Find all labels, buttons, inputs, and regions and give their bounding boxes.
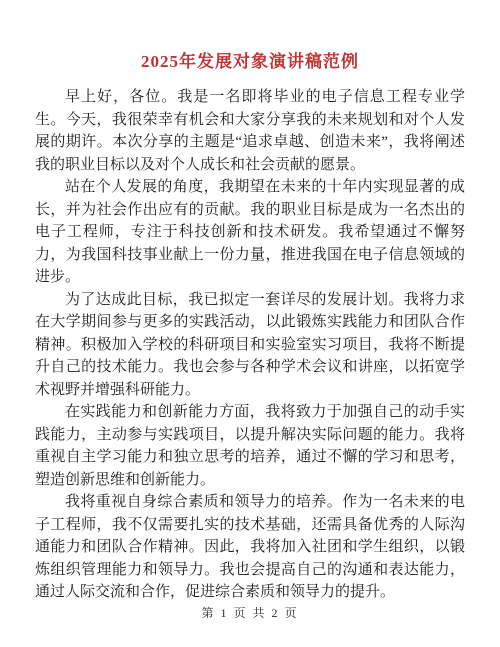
document-body: 早上好，各位。我是一名即将毕业的电子信息工程专业学生。今天，我很荣幸有机会和大家… [35,86,465,604]
paragraph-1: 早上好，各位。我是一名即将毕业的电子信息工程专业学生。今天，我很荣幸有机会和大家… [35,86,465,176]
paragraph-5: 我将重视自身综合素质和领导力的培养。作为一名未来的电子工程师，我不仅需要扎实的技… [35,491,465,604]
page-footer: 第 1 页 共 2 页 [0,604,500,621]
document-page: 2025年发展对象演讲稿范例 早上好，各位。我是一名即将毕业的电子信息工程专业学… [0,0,500,647]
paragraph-4: 在实践能力和创新能力方面，我将致力于加强自己的动手实践能力，主动参与实践项目，以… [35,401,465,491]
page-number-text: 第 1 页 共 2 页 [201,606,298,620]
document-title: 2025年发展对象演讲稿范例 [0,0,500,74]
paragraph-2: 站在个人发展的角度，我期望在未来的十年内实现显著的成长，并为社会作出应有的贡献。… [35,176,465,289]
paragraph-3: 为了达成此目标，我已拟定一套详尽的发展计划。我将力求在大学期间参与更多的实践活动… [35,289,465,402]
